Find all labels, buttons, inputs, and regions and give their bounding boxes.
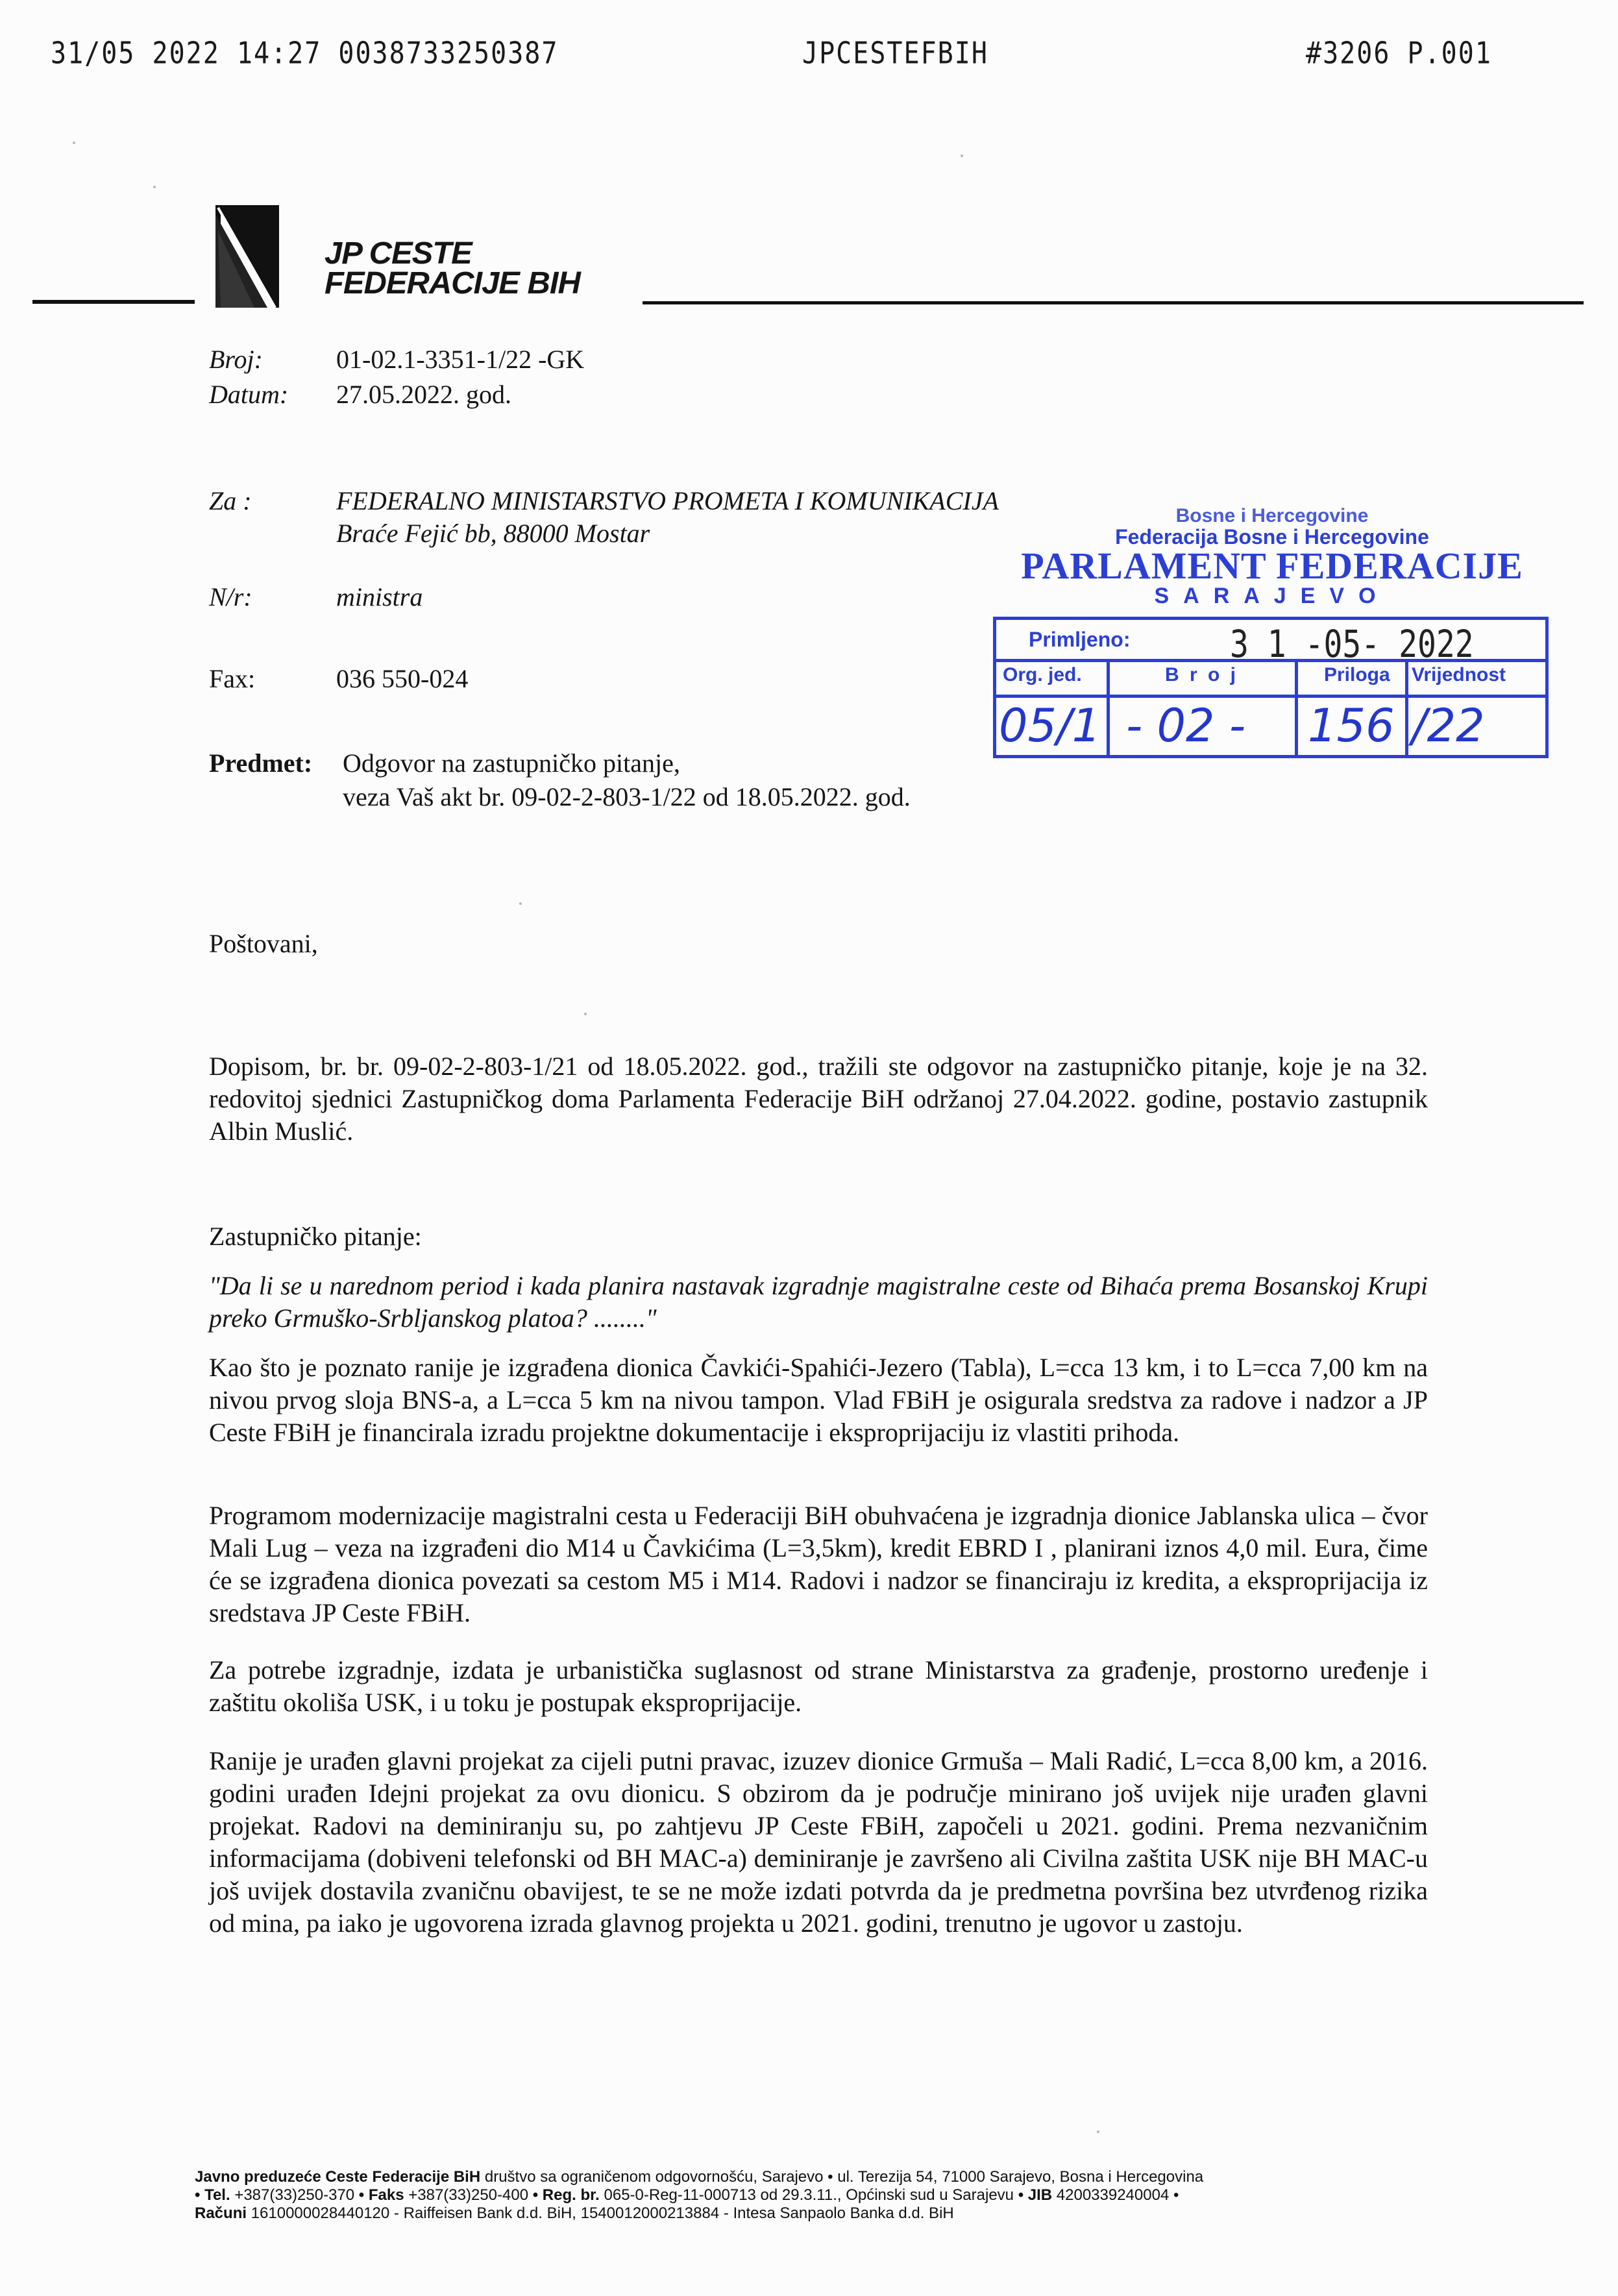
stamp-value-vrijednost: /22 [1412, 699, 1485, 752]
datum-label: Datum: [209, 379, 288, 410]
stamp-line-4: SARAJEVO [987, 584, 1558, 608]
stamp-value-org: 05/1 [999, 699, 1101, 752]
letterhead-rule-right [643, 301, 1584, 304]
footer-jib: 4200339240004 • [1052, 2186, 1179, 2204]
footer-reg: 065-0-Reg-11-000713 od 29.3.11., Općinsk… [600, 2186, 1018, 2204]
company-logo-text: JP CESTE FEDERACIJE BIH [325, 239, 580, 299]
footer-line-2: • Tel. +387(33)250-370 • Faks +387(33)25… [195, 2186, 1428, 2204]
stamp-header-vrijednost: Vrijednost [1412, 664, 1506, 686]
stamp-line-3: PARLAMENT FEDERACIJE [987, 548, 1558, 584]
footer-jib-label: • JIB [1018, 2186, 1052, 2204]
logo-line-1: JP CESTE [325, 239, 580, 269]
paragraph-1: Kao što je poznato ranije je izgrađena d… [209, 1352, 1428, 1449]
scan-speck [584, 1013, 587, 1015]
parliament-receipt-stamp: Bosne i Hercegovine Federacija Bosne i H… [987, 506, 1558, 608]
question-heading: Zastupničko pitanje: [209, 1220, 1428, 1253]
nr-value: ministra [336, 582, 423, 612]
subject-line-2: veza Vaš akt br. 09-02-2-803-1/22 od 18.… [343, 782, 911, 812]
paragraph-3: Za potrebe izgradnje, izdata je urbanist… [209, 1654, 1428, 1719]
question-text: "Da li se u narednom period i kada plani… [209, 1270, 1428, 1335]
fax-label: Fax: [209, 663, 255, 694]
stamp-heading: Bosne i Hercegovine Federacija Bosne i H… [987, 506, 1558, 608]
stamp-header-org: Org. jed. [1003, 664, 1082, 686]
scan-speck [73, 142, 75, 144]
footer-company: Javno preduzeće Ceste Federacije BiH [195, 2168, 480, 2186]
recipient-address: Braće Fejić bb, 88000 Mostar [336, 518, 650, 549]
paragraph-4: Ranije je urađen glavni projekat za cije… [209, 1745, 1428, 1940]
intro-paragraph: Dopisom, br. br. 09-02-2-803-1/21 od 18.… [209, 1050, 1428, 1148]
paragraph-2: Programom modernizacije magistralni cest… [209, 1500, 1428, 1629]
datum-value: 27.05.2022. god. [336, 379, 511, 410]
company-footer: Javno preduzeće Ceste Federacije BiH dru… [195, 2168, 1428, 2223]
salutation: Poštovani, [209, 928, 318, 959]
stamp-header-priloga: Priloga [1324, 664, 1390, 686]
stamp-row-received: Primljeno: 3 1 -05- 2022 [996, 620, 1545, 662]
footer-tel: +387(33)250-370 [230, 2186, 359, 2204]
stamp-header-broj: B r o j [1165, 664, 1238, 686]
fax-header-page: #3206 P.001 [1306, 36, 1492, 71]
stamp-col-divider [1295, 659, 1298, 758]
broj-value: 01-02.1-3351-1/22 -GK [336, 344, 584, 375]
broj-label: Broj: [209, 344, 263, 375]
stamp-line-1: Bosne i Hercegovine [987, 506, 1558, 526]
subject-line-1: Odgovor na zastupničko pitanje, [343, 748, 680, 778]
scan-speck [1097, 2130, 1099, 2133]
footer-faks-label: • Faks [359, 2186, 404, 2204]
scan-speck [153, 186, 156, 188]
nr-label: N/r: [209, 582, 252, 612]
fax-header-datetime: 31/05 2022 14:27 0038733250387 [51, 36, 558, 71]
stamp-value-broj: - 02 - [1126, 699, 1245, 752]
subject-label: Predmet: [209, 748, 312, 778]
stamp-col-divider [1405, 659, 1408, 758]
stamp-value-priloga: 156 [1308, 699, 1395, 752]
letterhead-rule-left [32, 300, 195, 304]
footer-accounts-label: Računi [195, 2204, 247, 2222]
fax-header-sender: JPCESTEFBIH [802, 36, 988, 71]
footer-faks: +387(33)250-400 [404, 2186, 533, 2204]
footer-address: društvo sa ograničenom odgovornošću, Sar… [480, 2168, 1203, 2186]
fax-number: 036 550-024 [336, 663, 468, 694]
footer-accounts: 1610000028440120 - Raiffeisen Bank d.d. … [247, 2204, 954, 2222]
stamp-table: Primljeno: 3 1 -05- 2022 Org. jed. B r o… [993, 617, 1549, 758]
received-label: Primljeno: [1029, 628, 1130, 652]
footer-line-1: Javno preduzeće Ceste Federacije BiH dru… [195, 2168, 1428, 2186]
logo-line-2: FEDERACIJE BIH [325, 269, 580, 299]
recipient-name: FEDERALNO MINISTARSTVO PROMETA I KOMUNIK… [336, 486, 999, 516]
scan-speck [519, 902, 522, 905]
za-label: Za : [209, 486, 252, 516]
footer-reg-label: • Reg. br. [533, 2186, 600, 2204]
scan-speck [961, 154, 963, 157]
company-logo-icon [215, 205, 279, 308]
footer-line-3: Računi 1610000028440120 - Raiffeisen Ban… [195, 2204, 1428, 2223]
stamp-col-divider [1107, 659, 1110, 758]
footer-tel-label: • Tel. [195, 2186, 230, 2204]
